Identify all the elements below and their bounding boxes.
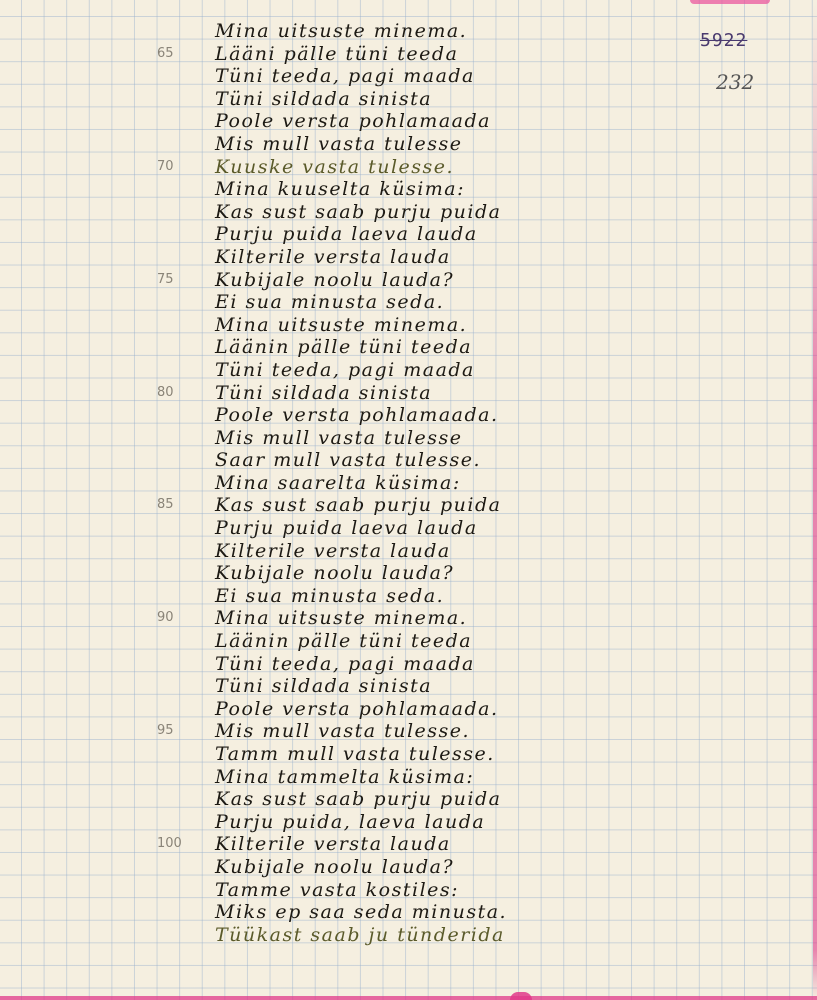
poem-line: Tüni teeda, pagi maada xyxy=(215,65,507,88)
poem-line: Purju puida laeva lauda xyxy=(215,517,507,540)
poem-line: Mina saarelta küsima: xyxy=(215,472,507,495)
poem-line: Kas sust saab purju puida xyxy=(215,788,507,811)
line-text: Kubijale noolu lauda? xyxy=(215,562,454,584)
line-text: Tüni sildada sinista xyxy=(215,675,432,697)
line-text: Tamm mull vasta tulesse. xyxy=(215,743,495,765)
line-text: Mina kuuselta küsima: xyxy=(215,178,465,200)
line-text: Mina uitsuste minema. xyxy=(215,20,467,42)
page-number: 232 xyxy=(716,70,754,94)
poem-line: Mina uitsuste minema. xyxy=(215,314,507,337)
pink-edge-mark-right xyxy=(813,0,817,1000)
line-text: Mis mull vasta tulesse xyxy=(215,427,463,449)
line-number: 85 xyxy=(157,494,174,517)
poem-line: Miks ep saa seda minusta. xyxy=(215,901,507,924)
poem-line: Mina kuuselta küsima: xyxy=(215,178,507,201)
line-text: Purju puida laeva lauda xyxy=(215,517,478,539)
line-text: Mis mull vasta tulesse xyxy=(215,133,463,155)
line-text: Läänin pälle tüni teeda xyxy=(215,630,472,652)
line-number: 65 xyxy=(157,43,174,66)
line-text: Mis mull vasta tulesse. xyxy=(215,720,470,742)
line-text: Tüükast saab ju tünderida xyxy=(215,924,505,946)
line-number: 100 xyxy=(157,833,182,856)
line-text: Kilterile versta lauda xyxy=(215,246,451,268)
line-text: Purju puida laeva lauda xyxy=(215,223,478,245)
poem-line: Läänin pälle tüni teeda xyxy=(215,630,507,653)
line-text: Mina saarelta küsima: xyxy=(215,472,461,494)
poem-line: 65Lääni pälle tüni teeda xyxy=(215,43,507,66)
line-text: Tüni teeda, pagi maada xyxy=(215,653,475,675)
line-text: Kilterile versta lauda xyxy=(215,540,451,562)
line-number: 90 xyxy=(157,607,174,630)
pink-edge-mark-top xyxy=(690,0,770,4)
line-text: Mina tammelta küsima: xyxy=(215,766,474,788)
poem-line: 70Kuuske vasta tulesse. xyxy=(215,156,507,179)
line-number: 95 xyxy=(157,720,174,743)
line-text: Mina uitsuste minema. xyxy=(215,607,467,629)
poem-line: Tüni teeda, pagi maada xyxy=(215,359,507,382)
line-text: Tamme vasta kostiles: xyxy=(215,879,459,901)
line-text: Tüni teeda, pagi maada xyxy=(215,359,475,381)
poem-line: Mis mull vasta tulesse xyxy=(215,427,507,450)
line-number: 75 xyxy=(157,269,174,292)
crossed-out-catalog-number: 5922 xyxy=(700,30,747,51)
line-text: Tüni sildada sinista xyxy=(215,382,432,404)
poem-line: 90Mina uitsuste minema. xyxy=(215,607,507,630)
line-text: Kubijale noolu lauda? xyxy=(215,269,454,291)
poem-line: 75Kubijale noolu lauda? xyxy=(215,269,507,292)
poem-line: Tüni sildada sinista xyxy=(215,88,507,111)
poem-line: Mina uitsuste minema. xyxy=(215,20,507,43)
line-text: Mina uitsuste minema. xyxy=(215,314,467,336)
poem-line: Tüni sildada sinista xyxy=(215,675,507,698)
line-text: Tüni sildada sinista xyxy=(215,88,432,110)
poem-line: Kubijale noolu lauda? xyxy=(215,856,507,879)
poem-line: Mina tammelta küsima: xyxy=(215,766,507,789)
pink-edge-mark-bottom xyxy=(0,996,817,1000)
poem-line: Ei sua minusta seda. xyxy=(215,291,507,314)
line-text: Kas sust saab purju puida xyxy=(215,788,501,810)
poem-line: Purju puida laeva lauda xyxy=(215,223,507,246)
line-text: Poole versta pohlamaada. xyxy=(215,698,499,720)
line-text: Poole versta pohlamaada. xyxy=(215,404,499,426)
poem-line: Saar mull vasta tulesse. xyxy=(215,449,507,472)
poem-line: Poole versta pohlamaada. xyxy=(215,698,507,721)
poem-line: Kilterile versta lauda xyxy=(215,246,507,269)
poem-line: 95Mis mull vasta tulesse. xyxy=(215,720,507,743)
line-text: Saar mull vasta tulesse. xyxy=(215,449,481,471)
line-text: Ei sua minusta seda. xyxy=(215,585,444,607)
poem-line: 100Kilterile versta lauda xyxy=(215,833,507,856)
poem-line: 85Kas sust saab purju puida xyxy=(215,494,507,517)
line-number: 70 xyxy=(157,156,174,179)
poem-line: Läänin pälle tüni teeda xyxy=(215,336,507,359)
line-text: Miks ep saa seda minusta. xyxy=(215,901,507,923)
line-text: Poole versta pohlamaada xyxy=(215,110,491,132)
line-text: Kilterile versta lauda xyxy=(215,833,451,855)
poem-line: Kubijale noolu lauda? xyxy=(215,562,507,585)
line-text: Ei sua minusta seda. xyxy=(215,291,444,313)
line-text: Kubijale noolu lauda? xyxy=(215,856,454,878)
poem-line: Purju puida, laeva lauda xyxy=(215,811,507,834)
poem-line: Ei sua minusta seda. xyxy=(215,585,507,608)
line-text: Kuuske vasta tulesse. xyxy=(215,156,454,178)
poem-line: Tüükast saab ju tünderida xyxy=(215,924,507,947)
line-number: 80 xyxy=(157,382,174,405)
line-text: Purju puida, laeva lauda xyxy=(215,811,485,833)
poem-line: Kas sust saab purju puida xyxy=(215,201,507,224)
pink-ink-blot xyxy=(510,992,532,1000)
poem-line: 80Tüni sildada sinista xyxy=(215,382,507,405)
line-text: Kas sust saab purju puida xyxy=(215,201,501,223)
poem-line: Tüni teeda, pagi maada xyxy=(215,653,507,676)
poem-line: Mis mull vasta tulesse xyxy=(215,133,507,156)
line-text: Kas sust saab purju puida xyxy=(215,494,501,516)
poem-line: Kilterile versta lauda xyxy=(215,540,507,563)
poem-line: Poole versta pohlamaada xyxy=(215,110,507,133)
poem-line: Tamm mull vasta tulesse. xyxy=(215,743,507,766)
poem-line: Poole versta pohlamaada. xyxy=(215,404,507,427)
line-text: Tüni teeda, pagi maada xyxy=(215,65,475,87)
handwritten-poem: Mina uitsuste minema.65Lääni pälle tüni … xyxy=(215,20,507,946)
line-text: Lääni pälle tüni teeda xyxy=(215,43,458,65)
poem-line: Tamme vasta kostiles: xyxy=(215,879,507,902)
line-text: Läänin pälle tüni teeda xyxy=(215,336,472,358)
